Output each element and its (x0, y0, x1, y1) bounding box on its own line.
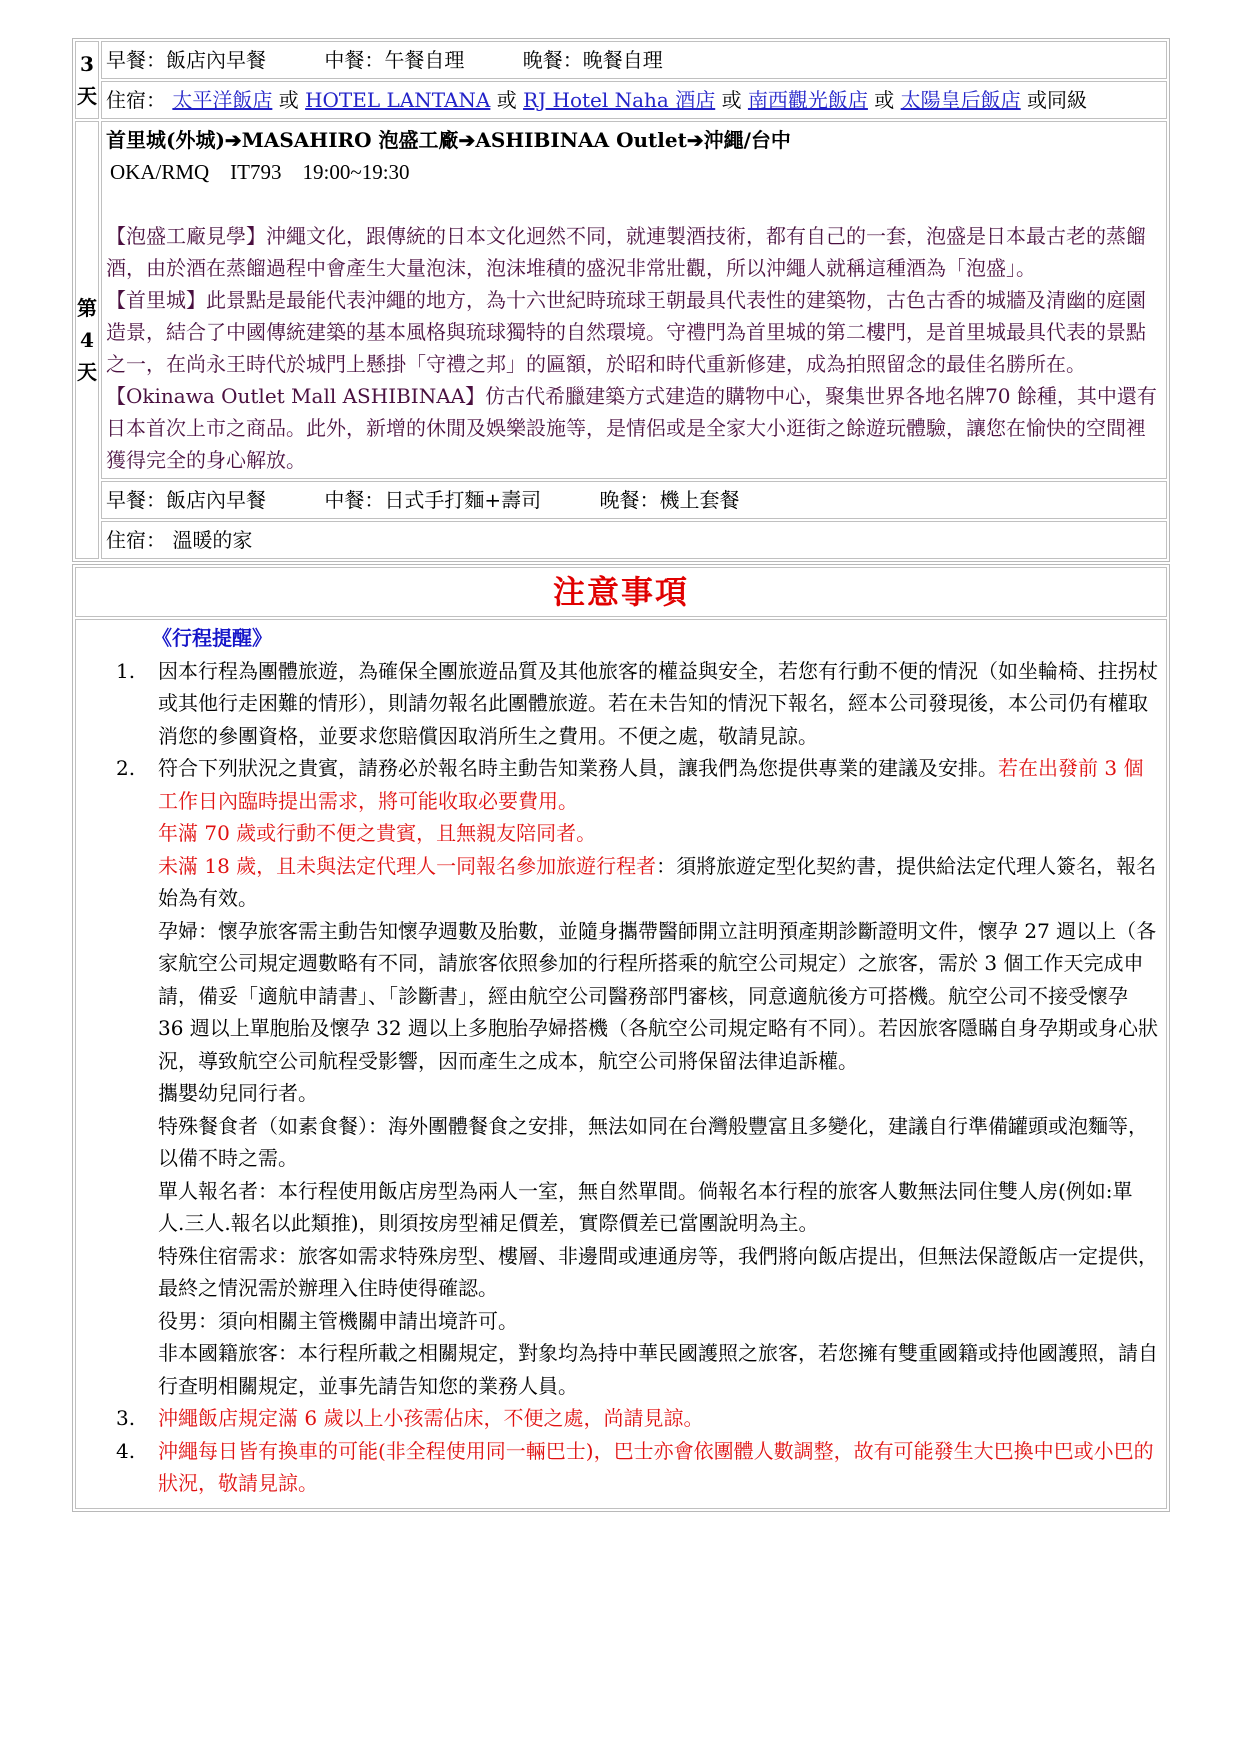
hotel-link-pacific[interactable]: 太平洋飯店 (172, 88, 272, 112)
sub-red: 未滿 18 歲，且未與法定代理人一同報名參加旅遊行程者 (158, 854, 656, 878)
note-sub-single: 單人報名者：本行程使用飯店房型為兩人一室，無自然單間。倘報名本行程的旅客人數無法… (158, 1175, 1158, 1240)
notes-list: 1. 因本行程為團體旅遊，為確保全團旅遊品質及其他旅客的權益與安全，若您有行動不… (80, 655, 1162, 1500)
dinner: 晚餐：晚餐自理 (523, 48, 663, 72)
sub-text: 孕婦：懷孕旅客需主動告知懷孕週數及胎數，並隨身攜帶醫師開立註明預產期診斷證明文件… (158, 919, 1158, 1073)
day3-lodging: 住宿： 太平洋飯店 或 HOTEL LANTANA 或 RJ Hotel Nah… (101, 81, 1167, 119)
note-number: 2. (116, 752, 135, 785)
day4-detail: 首里城(外城)➔MASAHIRO 泡盛工廠➔ASHIBINAA Outlet➔沖… (101, 121, 1167, 479)
dinner: 晚餐：機上套餐 (599, 488, 739, 512)
day-unit: 天 (76, 356, 98, 388)
note-number: 4. (116, 1435, 135, 1468)
note-text: 因本行程為團體旅遊，為確保全團旅遊品質及其他旅客的權益與安全，若您有行動不便的情… (158, 659, 1158, 748)
lunch: 中餐：日式手打麵+壽司 (324, 488, 541, 512)
note-item-1: 1. 因本行程為團體旅遊，為確保全團旅遊品質及其他旅客的權益與安全，若您有行動不… (80, 655, 1162, 753)
breakfast: 早餐：飯店內早餐 (106, 488, 266, 512)
itinerary-table: 3 天 早餐：飯店內早餐 中餐：午餐自理 晚餐：晚餐自理 住宿： 太平洋飯店 或… (72, 38, 1170, 562)
day-unit: 天 (76, 80, 98, 112)
desc-awamori-factory: 【泡盛工廠見學】沖繩文化，跟傳統的日本文化迥然不同，就連製酒技術，都有自己的一套… (106, 220, 1162, 284)
note-sub-foreign: 非本國籍旅客：本行程所載之相關規定，對象均為持中華民國護照之旅客，若您擁有雙重國… (158, 1337, 1158, 1402)
day-prefix: 第 (76, 292, 98, 324)
hotel-link-sun-queen[interactable]: 太陽皇后飯店 (901, 88, 1021, 112)
note-item-4: 4. 沖繩每日皆有換車的可能(非全程使用同一輛巴士)，巴士亦會依團體人數調整，故… (80, 1435, 1162, 1500)
hotel-link-lantana[interactable]: HOTEL LANTANA (305, 88, 490, 112)
desc-shuri-castle: 【首里城】此景點是最能代表沖繩的地方，為十六世紀時琉球王朝最具代表性的建築物，古… (106, 284, 1162, 380)
note-sub-minor: 未滿 18 歲，且未與法定代理人一同報名參加旅遊行程者：須將旅遊定型化契約書，提… (158, 850, 1158, 915)
itinerary-reminder-heading: 《行程提醒》 (80, 622, 1162, 655)
day3-lodging-row: 住宿： 太平洋飯店 或 HOTEL LANTANA 或 RJ Hotel Nah… (75, 81, 1167, 119)
sub-text: 攜嬰幼兒同行者。 (158, 1081, 318, 1105)
note-sub-infant: 攜嬰幼兒同行者。 (158, 1077, 1158, 1110)
lunch: 中餐：午餐自理 (324, 48, 464, 72)
desc-ashibinaa-outlet: 【Okinawa Outlet Mall ASHIBINAA】仿古代希臘建築方式… (106, 380, 1162, 476)
hotel-link-rj-naha[interactable]: RJ Hotel Naha 酒店 (523, 88, 715, 112)
note-sub-special-meal: 特殊餐食者（如素食餐）：海外團體餐食之安排，無法如同在台灣般豐富且多變化，建議自… (158, 1110, 1158, 1175)
day3-label: 3 天 (75, 41, 99, 119)
sub-red: 年滿 70 歲或行動不便之貴賓，且無親友陪同者。 (158, 821, 596, 845)
day4-detail-row: 第 4 天 首里城(外城)➔MASAHIRO 泡盛工廠➔ASHIBINAA Ou… (75, 121, 1167, 479)
hotel-link-nansei[interactable]: 南西觀光飯店 (748, 88, 868, 112)
note-sub-special-room: 特殊住宿需求：旅客如需求特殊房型、樓層、非邊間或連通房等，我們將向飯店提出，但無… (158, 1240, 1158, 1305)
or-separator: 或 (722, 88, 742, 112)
note-item-2: 2. 符合下列狀況之貴賓，請務必於報名時主動告知業務人員，讓我們為您提供專業的建… (80, 752, 1162, 1402)
day4-meals-row: 早餐：飯店內早餐 中餐：日式手打麵+壽司 晚餐：機上套餐 (75, 481, 1167, 519)
or-separator: 或 (497, 88, 517, 112)
spacer (106, 188, 1162, 220)
note-text: 符合下列狀況之貴賓，請務必於報名時主動告知業務人員，讓我們為您提供專業的建議及安… (158, 756, 998, 780)
note-number: 1. (116, 655, 135, 688)
or-separator: 或 (279, 88, 299, 112)
sub-text: 役男：須向相關主管機關申請出境許可。 (158, 1309, 518, 1333)
note-item-3: 3. 沖繩飯店規定滿 6 歲以上小孩需佔床，不便之處，尚請見諒。 (80, 1402, 1162, 1435)
day-number: 4 (76, 324, 98, 356)
note-sub-military: 役男：須向相關主管機關申請出境許可。 (158, 1305, 1158, 1338)
day4-meals: 早餐：飯店內早餐 中餐：日式手打麵+壽司 晚餐：機上套餐 (101, 481, 1167, 519)
note-warning: 沖繩每日皆有換車的可能(非全程使用同一輛巴士)，巴士亦會依團體人數調整，故有可能… (158, 1439, 1154, 1496)
sub-text: 特殊住宿需求：旅客如需求特殊房型、樓層、非邊間或連通房等，我們將向飯店提出，但無… (158, 1244, 1158, 1301)
day4-lodging-row: 住宿： 溫暖的家 (75, 521, 1167, 559)
or-equivalent: 或同級 (1027, 88, 1087, 112)
note-sub-elderly: 年滿 70 歲或行動不便之貴賓，且無親友陪同者。 (158, 817, 1158, 850)
itinerary-page: 3 天 早餐：飯店內早餐 中餐：午餐自理 晚餐：晚餐自理 住宿： 太平洋飯店 或… (72, 38, 1170, 1512)
sub-text: 特殊餐食者（如素食餐）：海外團體餐食之安排，無法如同在台灣般豐富且多變化，建議自… (158, 1114, 1148, 1171)
note-sub-pregnant: 孕婦：懷孕旅客需主動告知懷孕週數及胎數，並隨身攜帶醫師開立註明預產期診斷證明文件… (158, 915, 1158, 1078)
note-warning: 沖繩飯店規定滿 6 歲以上小孩需佔床，不便之處，尚請見諒。 (158, 1406, 703, 1430)
notes-title: 注意事項 (75, 567, 1167, 617)
notes-body: 《行程提醒》 1. 因本行程為團體旅遊，為確保全團旅遊品質及其他旅客的權益與安全… (75, 619, 1167, 1509)
breakfast: 早餐：飯店內早餐 (106, 48, 266, 72)
day4-flight: OKA/RMQ IT793 19:00~19:30 (106, 156, 1162, 188)
day-number: 3 (76, 48, 98, 80)
day3-meals: 早餐：飯店內早餐 中餐：午餐自理 晚餐：晚餐自理 (101, 41, 1167, 79)
or-separator: 或 (874, 88, 894, 112)
day4-label: 第 4 天 (75, 121, 99, 559)
day4-route: 首里城(外城)➔MASAHIRO 泡盛工廠➔ASHIBINAA Outlet➔沖… (106, 124, 1162, 156)
note-number: 3. (116, 1402, 135, 1435)
day3-meals-row: 3 天 早餐：飯店內早餐 中餐：午餐自理 晚餐：晚餐自理 (75, 41, 1167, 79)
day4-lodging: 住宿： 溫暖的家 (101, 521, 1167, 559)
lodging-label: 住宿： (106, 88, 166, 112)
notes-table: 注意事項 《行程提醒》 1. 因本行程為團體旅遊，為確保全團旅遊品質及其他旅客的… (72, 564, 1170, 1512)
sub-text: 非本國籍旅客：本行程所載之相關規定，對象均為持中華民國護照之旅客，若您擁有雙重國… (158, 1341, 1158, 1398)
sub-text: 單人報名者：本行程使用飯店房型為兩人一室，無自然單間。倘報名本行程的旅客人數無法… (158, 1179, 1133, 1236)
